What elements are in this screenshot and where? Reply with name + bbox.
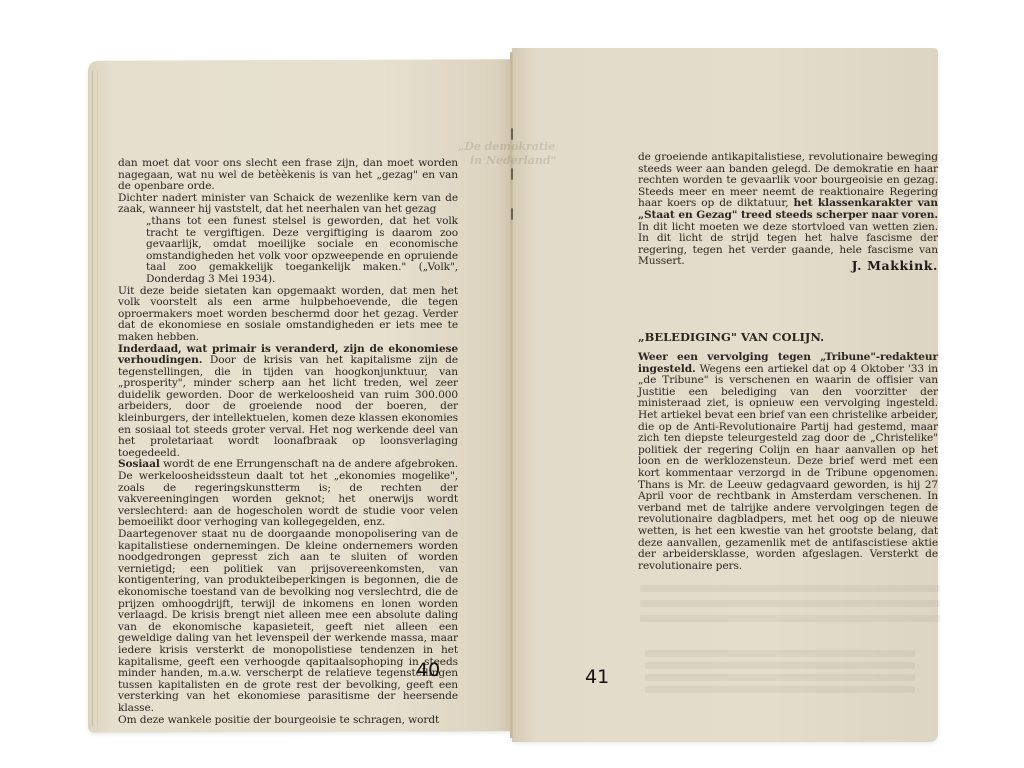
show-through-text: „De demokratie in Nederland": [458, 140, 556, 168]
paragraph: Uit deze beide sietaten kan opgemaakt wo…: [118, 286, 458, 344]
show-through-line: [645, 674, 915, 681]
paragraph-text: Wegens een artiekel dat op 4 Oktober '33…: [638, 363, 938, 572]
show-through-line: [645, 686, 915, 693]
show-through-line: „De demokratie: [458, 140, 556, 154]
paragraph: Daartegenover staat nu de doorgaande mon…: [118, 529, 458, 715]
staple-stitch: [511, 208, 513, 220]
show-through-line: [640, 615, 940, 622]
staple-stitch: [511, 128, 513, 140]
show-through-line: [645, 662, 915, 669]
paragraph-text: Door de krisis van het kapitalisme zijn …: [118, 354, 458, 459]
show-through-line: in Nederland": [458, 154, 556, 168]
paragraph: Dichter nadert minister van Schaick de w…: [118, 193, 458, 216]
staple-stitch: [511, 168, 513, 180]
author-signature: J. Makkink.: [800, 258, 938, 273]
open-booklet: „De demokratie in Nederland" dan moet da…: [0, 0, 1024, 768]
paragraph: dan moet dat voor ons slecht een frase z…: [118, 158, 458, 193]
block-quote: „thans tot een funest stelsel is geworde…: [118, 216, 458, 286]
paragraph: Sosiaal wordt de ene Errungenschaft na d…: [118, 459, 458, 529]
article-body: Weer een vervolging tegen „Tribune"-reda…: [638, 352, 938, 572]
right-page-continuation: de groeiende antikapitalistiese, revolut…: [638, 152, 938, 268]
paragraph: Weer een vervolging tegen „Tribune"-reda…: [638, 352, 938, 572]
paragraph-text: wordt de ene Errungenschaft na de andere…: [118, 458, 458, 528]
show-through-line: [640, 585, 940, 592]
bold-lead: Sosiaal: [118, 458, 160, 470]
page-number: 40: [416, 659, 440, 681]
article-title: „BELEDIGING" VAN COLIJN.: [638, 330, 938, 344]
left-page-body: dan moet dat voor ons slecht een frase z…: [118, 158, 458, 726]
paragraph: Inderdaad, wat primair is veranderd, zij…: [118, 344, 458, 460]
page-number: 41: [585, 666, 609, 688]
show-through-line: [640, 600, 940, 607]
paragraph: de groeiende antikapitalistiese, revolut…: [638, 152, 938, 268]
show-through-line: [645, 650, 915, 657]
paragraph: Om deze wankele positie der bourgeoisie …: [118, 715, 458, 727]
